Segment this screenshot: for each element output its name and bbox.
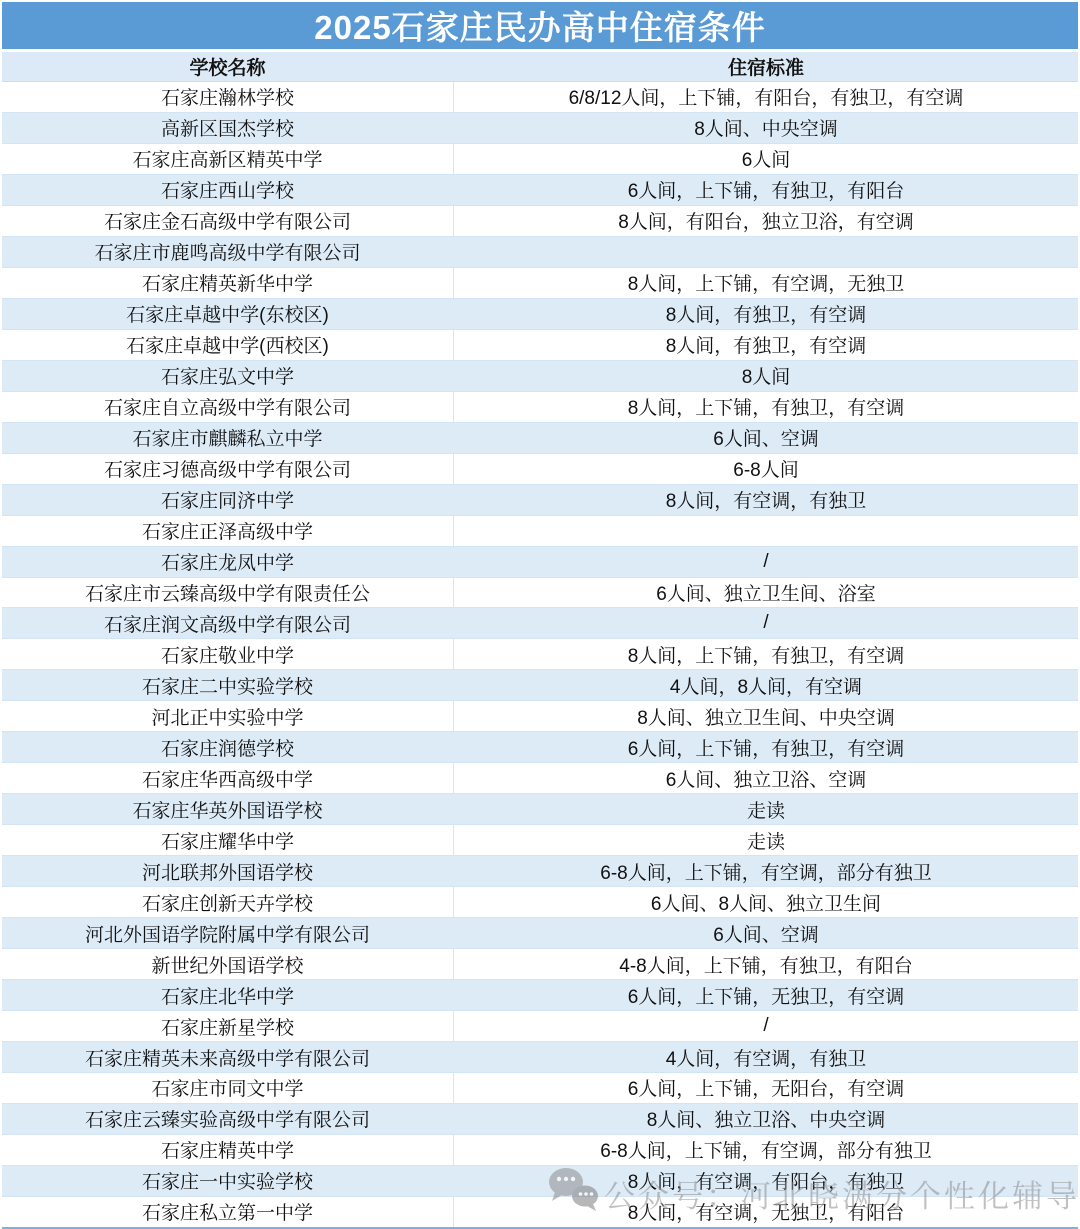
table-row: 石家庄瀚林学校 6/8/12人间，上下铺，有阳台，有独卫，有空调 — [2, 82, 1078, 113]
table-row: 石家庄西山学校 6人间，上下铺，有独卫，有阳台 — [2, 175, 1078, 206]
standard-cell: 6人间，上下铺，无独卫，有空调 — [454, 980, 1078, 1010]
table-row: 石家庄精英新华中学 8人间，上下铺，有空调，无独卫 — [2, 268, 1078, 299]
standard-cell: 6人间、空调 — [454, 423, 1078, 453]
school-name-cell: 石家庄高新区精英中学 — [2, 144, 454, 174]
standard-cell: 8人间 — [454, 361, 1078, 391]
standard-cell: 6人间、独立卫浴、空调 — [454, 763, 1078, 793]
table-row: 石家庄二中实验学校 4人间，8人间，有空调 — [2, 670, 1078, 701]
standard-cell: / — [454, 547, 1078, 577]
table-row: 石家庄一中实验学校 8人间，有空调，有阳台，有独卫 — [2, 1166, 1078, 1197]
standard-cell: 8人间、独立卫浴、中央空调 — [454, 1104, 1078, 1134]
school-name-cell: 石家庄金石高级中学有限公司 — [2, 206, 454, 236]
standard-cell: / — [454, 1011, 1078, 1041]
table-row: 高新区国杰学校 8人间、中央空调 — [2, 113, 1078, 144]
school-name-cell: 石家庄润文高级中学有限公司 — [2, 608, 454, 638]
standard-cell: 走读 — [454, 794, 1078, 824]
standard-cell: / — [454, 608, 1078, 638]
table-row: 石家庄卓越中学(西校区) 8人间，有独卫，有空调 — [2, 330, 1078, 361]
standard-cell: 8人间，有阳台，独立卫浴，有空调 — [454, 206, 1078, 236]
table-row: 石家庄私立第一中学 8人间，有空调，无独卫，有阳台 — [2, 1197, 1078, 1227]
table-row: 石家庄敬业中学 8人间，上下铺，有独卫，有空调 — [2, 639, 1078, 670]
standard-cell: 6/8/12人间，上下铺，有阳台，有独卫，有空调 — [454, 82, 1078, 112]
school-name-cell: 高新区国杰学校 — [2, 113, 454, 143]
school-name-cell: 石家庄市鹿鸣高级中学有限公司 — [2, 237, 454, 267]
school-name-cell: 石家庄新星学校 — [2, 1011, 454, 1041]
standard-cell: 8人间，有独卫，有空调 — [454, 299, 1078, 329]
school-name-cell: 石家庄华西高级中学 — [2, 763, 454, 793]
standard-cell: 4-8人间，上下铺，有独卫，有阳台 — [454, 949, 1078, 979]
school-name-cell: 石家庄一中实验学校 — [2, 1166, 454, 1196]
accommodation-table-page: 2025石家庄民办高中住宿条件 学校名称 住宿标准 石家庄瀚林学校 6/8/12… — [0, 0, 1080, 1229]
standard-cell: 6人间，上下铺，有独卫，有阳台 — [454, 175, 1078, 205]
school-name-cell: 石家庄润德学校 — [2, 732, 454, 762]
school-name-cell: 石家庄市云臻高级中学有限责任公 — [2, 578, 454, 608]
standard-cell: 6人间、独立卫生间、浴室 — [454, 578, 1078, 608]
page-title: 2025石家庄民办高中住宿条件 — [2, 0, 1078, 52]
school-name-cell: 石家庄习德高级中学有限公司 — [2, 454, 454, 484]
table-row: 石家庄自立高级中学有限公司 8人间，上下铺，有独卫，有空调 — [2, 392, 1078, 423]
school-name-cell: 石家庄二中实验学校 — [2, 670, 454, 700]
school-name-cell: 石家庄精英未来高级中学有限公司 — [2, 1042, 454, 1072]
column-header-standard: 住宿标准 — [454, 52, 1078, 81]
school-name-cell: 石家庄创新天卉学校 — [2, 887, 454, 917]
table-row: 石家庄耀华中学 走读 — [2, 825, 1078, 856]
table-row: 石家庄金石高级中学有限公司 8人间，有阳台，独立卫浴，有空调 — [2, 206, 1078, 237]
standard-cell: 6人间，上下铺，有独卫，有空调 — [454, 732, 1078, 762]
table-row: 石家庄精英未来高级中学有限公司 4人间，有空调，有独卫 — [2, 1042, 1078, 1073]
table-row: 石家庄市同文中学 6人间，上下铺，无阳台，有空调 — [2, 1073, 1078, 1104]
table-row: 石家庄弘文中学 8人间 — [2, 361, 1078, 392]
table-row: 新世纪外国语学校 4-8人间，上下铺，有独卫，有阳台 — [2, 949, 1078, 980]
school-name-cell: 新世纪外国语学校 — [2, 949, 454, 979]
school-name-cell: 石家庄龙凤中学 — [2, 547, 454, 577]
standard-cell: 8人间，有空调，无独卫，有阳台 — [454, 1197, 1078, 1227]
standard-cell: 6-8人间，上下铺，有空调，部分有独卫 — [454, 856, 1078, 886]
standard-cell: 6人间、空调 — [454, 918, 1078, 948]
standard-cell: 4人间，8人间，有空调 — [454, 670, 1078, 700]
standard-cell: 6-8人间 — [454, 454, 1078, 484]
school-name-cell: 石家庄同济中学 — [2, 485, 454, 515]
school-name-cell: 石家庄市同文中学 — [2, 1073, 454, 1103]
standard-cell: 8人间，上下铺，有独卫，有空调 — [454, 639, 1078, 669]
table-row: 石家庄市云臻高级中学有限责任公 6人间、独立卫生间、浴室 — [2, 578, 1078, 609]
school-name-cell: 石家庄精英中学 — [2, 1135, 454, 1165]
standard-cell: 8人间，上下铺，有独卫，有空调 — [454, 392, 1078, 422]
table-row: 石家庄新星学校 / — [2, 1011, 1078, 1042]
standard-cell — [454, 237, 1078, 267]
table-row: 河北外国语学院附属中学有限公司 6人间、空调 — [2, 918, 1078, 949]
school-name-cell: 石家庄华英外国语学校 — [2, 794, 454, 824]
table-row: 石家庄润德学校 6人间，上下铺，有独卫，有空调 — [2, 732, 1078, 763]
school-name-cell: 石家庄私立第一中学 — [2, 1197, 454, 1227]
table-body: 石家庄瀚林学校 6/8/12人间，上下铺，有阳台，有独卫，有空调 高新区国杰学校… — [2, 82, 1078, 1229]
school-name-cell: 石家庄北华中学 — [2, 980, 454, 1010]
school-name-cell: 石家庄卓越中学(东校区) — [2, 299, 454, 329]
school-name-cell: 河北联邦外国语学校 — [2, 856, 454, 886]
table-row: 石家庄习德高级中学有限公司 6-8人间 — [2, 454, 1078, 485]
table-row: 石家庄卓越中学(东校区) 8人间，有独卫，有空调 — [2, 299, 1078, 330]
school-name-cell: 石家庄卓越中学(西校区) — [2, 330, 454, 360]
standard-cell: 6人间 — [454, 144, 1078, 174]
school-name-cell: 石家庄精英新华中学 — [2, 268, 454, 298]
school-name-cell: 河北正中实验中学 — [2, 701, 454, 731]
table-row: 石家庄正泽高级中学 — [2, 516, 1078, 547]
school-name-cell: 石家庄弘文中学 — [2, 361, 454, 391]
table-row: 石家庄云臻实验高级中学有限公司 8人间、独立卫浴、中央空调 — [2, 1104, 1078, 1135]
school-name-cell: 石家庄西山学校 — [2, 175, 454, 205]
column-header-school: 学校名称 — [2, 52, 454, 81]
table-row: 石家庄创新天卉学校 6人间、8人间、独立卫生间 — [2, 887, 1078, 918]
standard-cell: 6人间、8人间、独立卫生间 — [454, 887, 1078, 917]
school-name-cell: 石家庄市麒麟私立中学 — [2, 423, 454, 453]
school-name-cell: 河北外国语学院附属中学有限公司 — [2, 918, 454, 948]
school-name-cell: 石家庄瀚林学校 — [2, 82, 454, 112]
table-row: 石家庄华英外国语学校 走读 — [2, 794, 1078, 825]
standard-cell: 8人间，有独卫，有空调 — [454, 330, 1078, 360]
school-name-cell: 石家庄云臻实验高级中学有限公司 — [2, 1104, 454, 1134]
standard-cell: 4人间，有空调，有独卫 — [454, 1042, 1078, 1072]
table-row: 河北正中实验中学 8人间、独立卫生间、中央空调 — [2, 701, 1078, 732]
standard-cell: 8人间、独立卫生间、中央空调 — [454, 701, 1078, 731]
table-row: 河北联邦外国语学校 6-8人间，上下铺，有空调，部分有独卫 — [2, 856, 1078, 887]
table-row: 石家庄同济中学 8人间，有空调，有独卫 — [2, 485, 1078, 516]
standard-cell: 走读 — [454, 825, 1078, 855]
school-name-cell: 石家庄耀华中学 — [2, 825, 454, 855]
table-row: 石家庄市麒麟私立中学 6人间、空调 — [2, 423, 1078, 454]
standard-cell: 6人间，上下铺，无阳台，有空调 — [454, 1073, 1078, 1103]
standard-cell: 8人间，有空调，有独卫 — [454, 485, 1078, 515]
table-row: 石家庄华西高级中学 6人间、独立卫浴、空调 — [2, 763, 1078, 794]
standard-cell: 8人间，上下铺，有空调，无独卫 — [454, 268, 1078, 298]
standard-cell: 8人间，有空调，有阳台，有独卫 — [454, 1166, 1078, 1196]
table-header: 学校名称 住宿标准 — [2, 52, 1078, 82]
table-row: 石家庄润文高级中学有限公司 / — [2, 608, 1078, 639]
school-name-cell: 石家庄自立高级中学有限公司 — [2, 392, 454, 422]
table-row: 石家庄龙凤中学 / — [2, 547, 1078, 578]
school-name-cell: 石家庄敬业中学 — [2, 639, 454, 669]
standard-cell — [454, 516, 1078, 546]
standard-cell: 8人间、中央空调 — [454, 113, 1078, 143]
table-row: 石家庄北华中学 6人间，上下铺，无独卫，有空调 — [2, 980, 1078, 1011]
table-row: 石家庄市鹿鸣高级中学有限公司 — [2, 237, 1078, 268]
standard-cell: 6-8人间，上下铺，有空调，部分有独卫 — [454, 1135, 1078, 1165]
table-row: 石家庄高新区精英中学 6人间 — [2, 144, 1078, 175]
school-name-cell: 石家庄正泽高级中学 — [2, 516, 454, 546]
table-row: 石家庄精英中学 6-8人间，上下铺，有空调，部分有独卫 — [2, 1135, 1078, 1166]
